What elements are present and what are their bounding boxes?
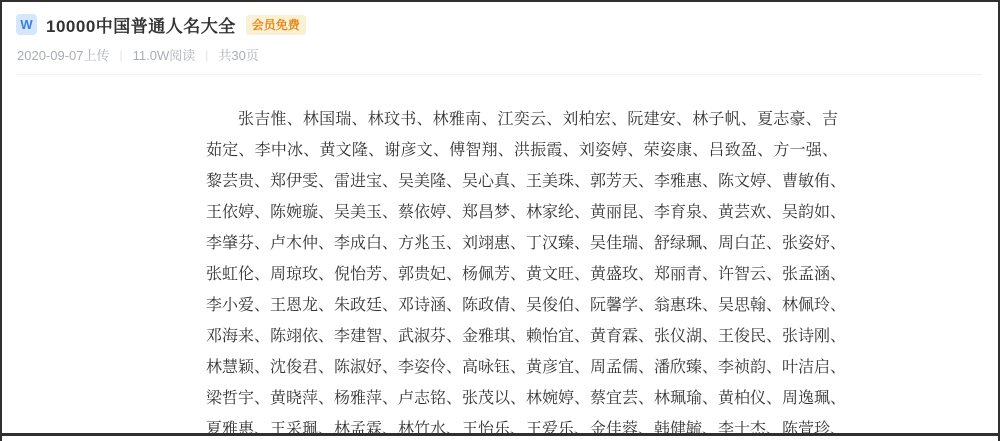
doc-text-line: 夏雅惠、王采珮、林孟霖、林竹水、王怡乐、王爱乐、金佳蓉、韩健毓、李士杰、陈萱珍、: [206, 414, 838, 441]
doc-text-line: 张虹伦、周琼玫、倪怡芳、郭贵妃、杨佩芳、黄文旺、黄盛玫、郑丽青、许智云、张孟涵、: [206, 259, 838, 290]
doc-title: 10000中国普通人名大全: [46, 12, 236, 37]
meta-separator: |: [205, 48, 208, 62]
doc-text-line: 邓海来、陈翊依、李建智、武淑芬、金雅琪、赖怡宜、黄育霖、张仪湖、王俊民、张诗刚、: [206, 321, 838, 352]
doc-text-line: 茹定、李中冰、黄文隆、谢彦文、傅智翔、洪振霞、刘姿婷、荣姿康、吕致盈、方一强、: [206, 135, 838, 166]
member-free-badge: 会员免费: [246, 15, 306, 35]
doc-text-line: 黎芸贵、郑伊雯、雷进宝、吴美隆、吴心真、王美珠、郭芳天、李雅惠、陈文婷、曹敏侑、: [206, 166, 838, 197]
doc-text-line: 李小爱、王恩龙、朱政廷、邓诗涵、陈政倩、吴俊伯、阮馨学、翁惠珠、吴思翰、林佩玲、: [206, 290, 838, 321]
document-viewer-window: W 10000中国普通人名大全 会员免费 2020-09-07上传 | 11.0…: [0, 0, 1000, 441]
doc-text-line: 张吉惟、林国瑞、林玟书、林雅南、江奕云、刘柏宏、阮建安、林子帆、夏志豪、吉: [206, 104, 838, 135]
doc-text-line: 林慧颖、沈俊君、陈淑妤、李姿伶、高咏钰、黄彦宜、周孟儒、潘欣臻、李祯韵、叶洁启、: [206, 352, 838, 383]
read-count: 11.0W阅读: [133, 45, 196, 64]
doc-header: W 10000中国普通人名大全 会员免费 2020-09-07上传 | 11.0…: [2, 2, 998, 75]
header-divider: [16, 74, 982, 75]
bottom-frame-line: [2, 433, 998, 436]
meta-separator: |: [120, 48, 123, 62]
doc-title-row: W 10000中国普通人名大全 会员免费: [16, 12, 982, 37]
word-doc-icon-letter: W: [20, 17, 32, 32]
word-doc-icon: W: [16, 14, 37, 35]
doc-content: 张吉惟、林国瑞、林玟书、林雅南、江奕云、刘柏宏、阮建安、林子帆、夏志豪、吉 茹定…: [206, 104, 838, 441]
doc-text-line: 李肇芬、卢木仲、李成白、方兆玉、刘翊惠、丁汉臻、吴佳瑞、舒绿珮、周白芷、张姿妤、: [206, 228, 838, 259]
doc-text-line: 王依婷、陈婉璇、吴美玉、蔡依婷、郑昌梦、林家纶、黄丽昆、李育泉、黄芸欢、吴韵如、: [206, 197, 838, 228]
doc-text-line: 梁哲宇、黄晓萍、杨雅萍、卢志铭、张茂以、林婉婷、蔡宜芸、林珮瑜、黄柏仪、周逸珮、: [206, 383, 838, 414]
upload-date: 2020-09-07上传: [17, 45, 110, 64]
page-count: 共30页: [218, 45, 258, 64]
doc-meta-row: 2020-09-07上传 | 11.0W阅读 | 共30页: [17, 45, 982, 64]
